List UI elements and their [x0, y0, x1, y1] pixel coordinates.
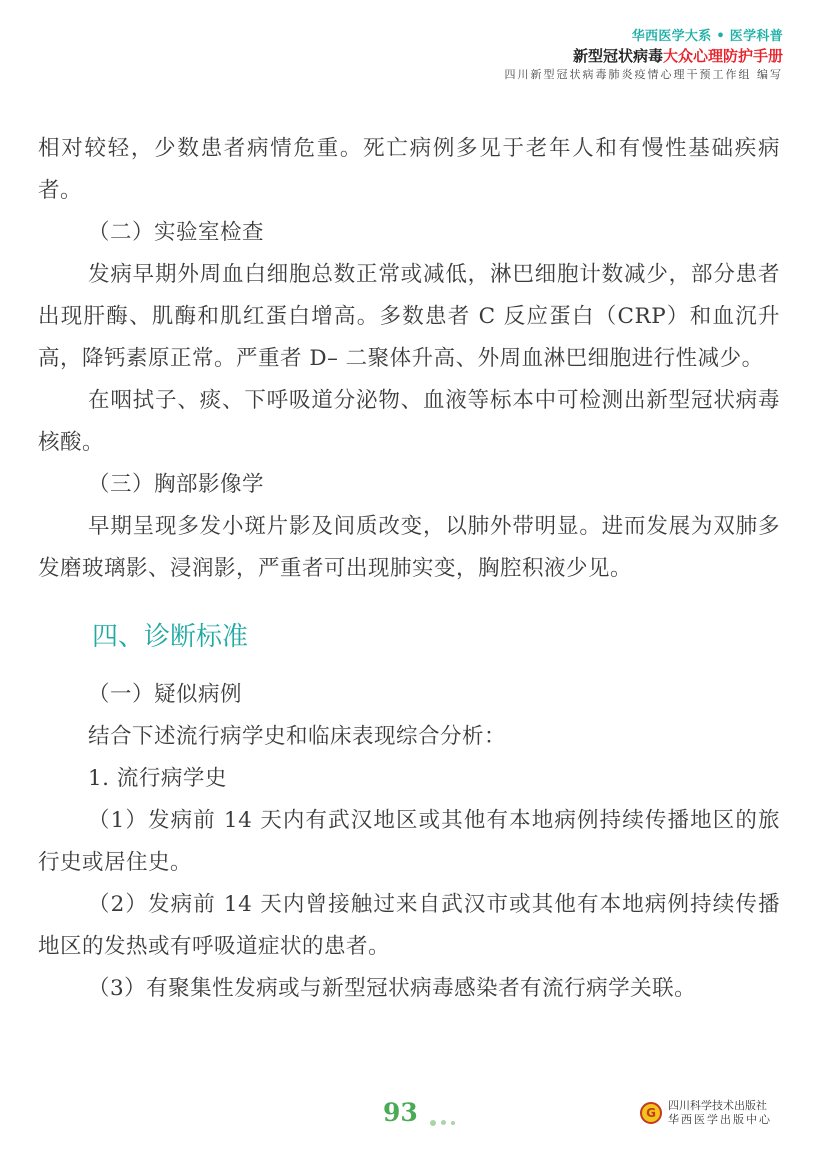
- page-footer: 93 G 四川科学技术出版社 华西医学出版中心: [0, 1096, 839, 1136]
- book-title-red: 大众心理防护手册: [663, 47, 783, 65]
- list-item: （3）有聚集性发病或与新型冠状病毒感染者有流行病学关联。: [38, 968, 780, 1010]
- publisher-block: G 四川科学技术出版社 华西医学出版中心: [640, 1099, 772, 1127]
- publisher-name: 四川科学技术出版社: [668, 1099, 772, 1113]
- subheading-suspected: （一）疑似病例: [38, 674, 780, 716]
- publisher-center: 华西医学出版中心: [668, 1113, 772, 1127]
- book-series: 华西医学大系 • 医学科普: [505, 28, 784, 46]
- decorative-dots-icon: [430, 1112, 460, 1131]
- paragraph: 相对较轻，少数患者病情危重。死亡病例多见于老年人和有慢性基础疾病者。: [38, 128, 780, 212]
- page-number: 93: [383, 1098, 418, 1127]
- list-item: （2）发病前 14 天内曾接触过来自武汉市或其他有本地病例持续传播地区的发热或有…: [38, 884, 780, 968]
- book-title-black: 新型冠状病毒: [573, 47, 663, 65]
- subheading-lab: （二）实验室检查: [38, 212, 780, 254]
- section-heading: 四、诊断标准: [92, 612, 780, 662]
- subheading-epidemiology: 1. 流行病学史: [38, 758, 780, 800]
- book-author: 四川新型冠状病毒肺炎疫情心理干预工作组 编写: [505, 66, 784, 84]
- list-item: （1）发病前 14 天内有武汉地区或其他有本地病例持续传播地区的旅行史或居住史。: [38, 800, 780, 884]
- paragraph: 早期呈现多发小斑片影及间质改变，以肺外带明显。进而发展为双肺多发磨玻璃影、浸润影…: [38, 506, 780, 590]
- subheading-imaging: （三）胸部影像学: [38, 464, 780, 506]
- paragraph: 在咽拭子、痰、下呼吸道分泌物、血液等标本中可检测出新型冠状病毒核酸。: [38, 380, 780, 464]
- page-header: 华西医学大系 • 医学科普 新型冠状病毒大众心理防护手册 四川新型冠状病毒肺炎疫…: [505, 28, 784, 84]
- book-title: 新型冠状病毒大众心理防护手册: [505, 46, 784, 66]
- paragraph: 结合下述流行病学史和临床表现综合分析：: [38, 716, 780, 758]
- page-body: 相对较轻，少数患者病情危重。死亡病例多见于老年人和有慢性基础疾病者。 （二）实验…: [38, 128, 780, 1010]
- paragraph: 发病早期外周血白细胞总数正常或减低，淋巴细胞计数减少，部分患者出现肝酶、肌酶和肌…: [38, 254, 780, 380]
- publisher-logo-icon: G: [640, 1102, 662, 1124]
